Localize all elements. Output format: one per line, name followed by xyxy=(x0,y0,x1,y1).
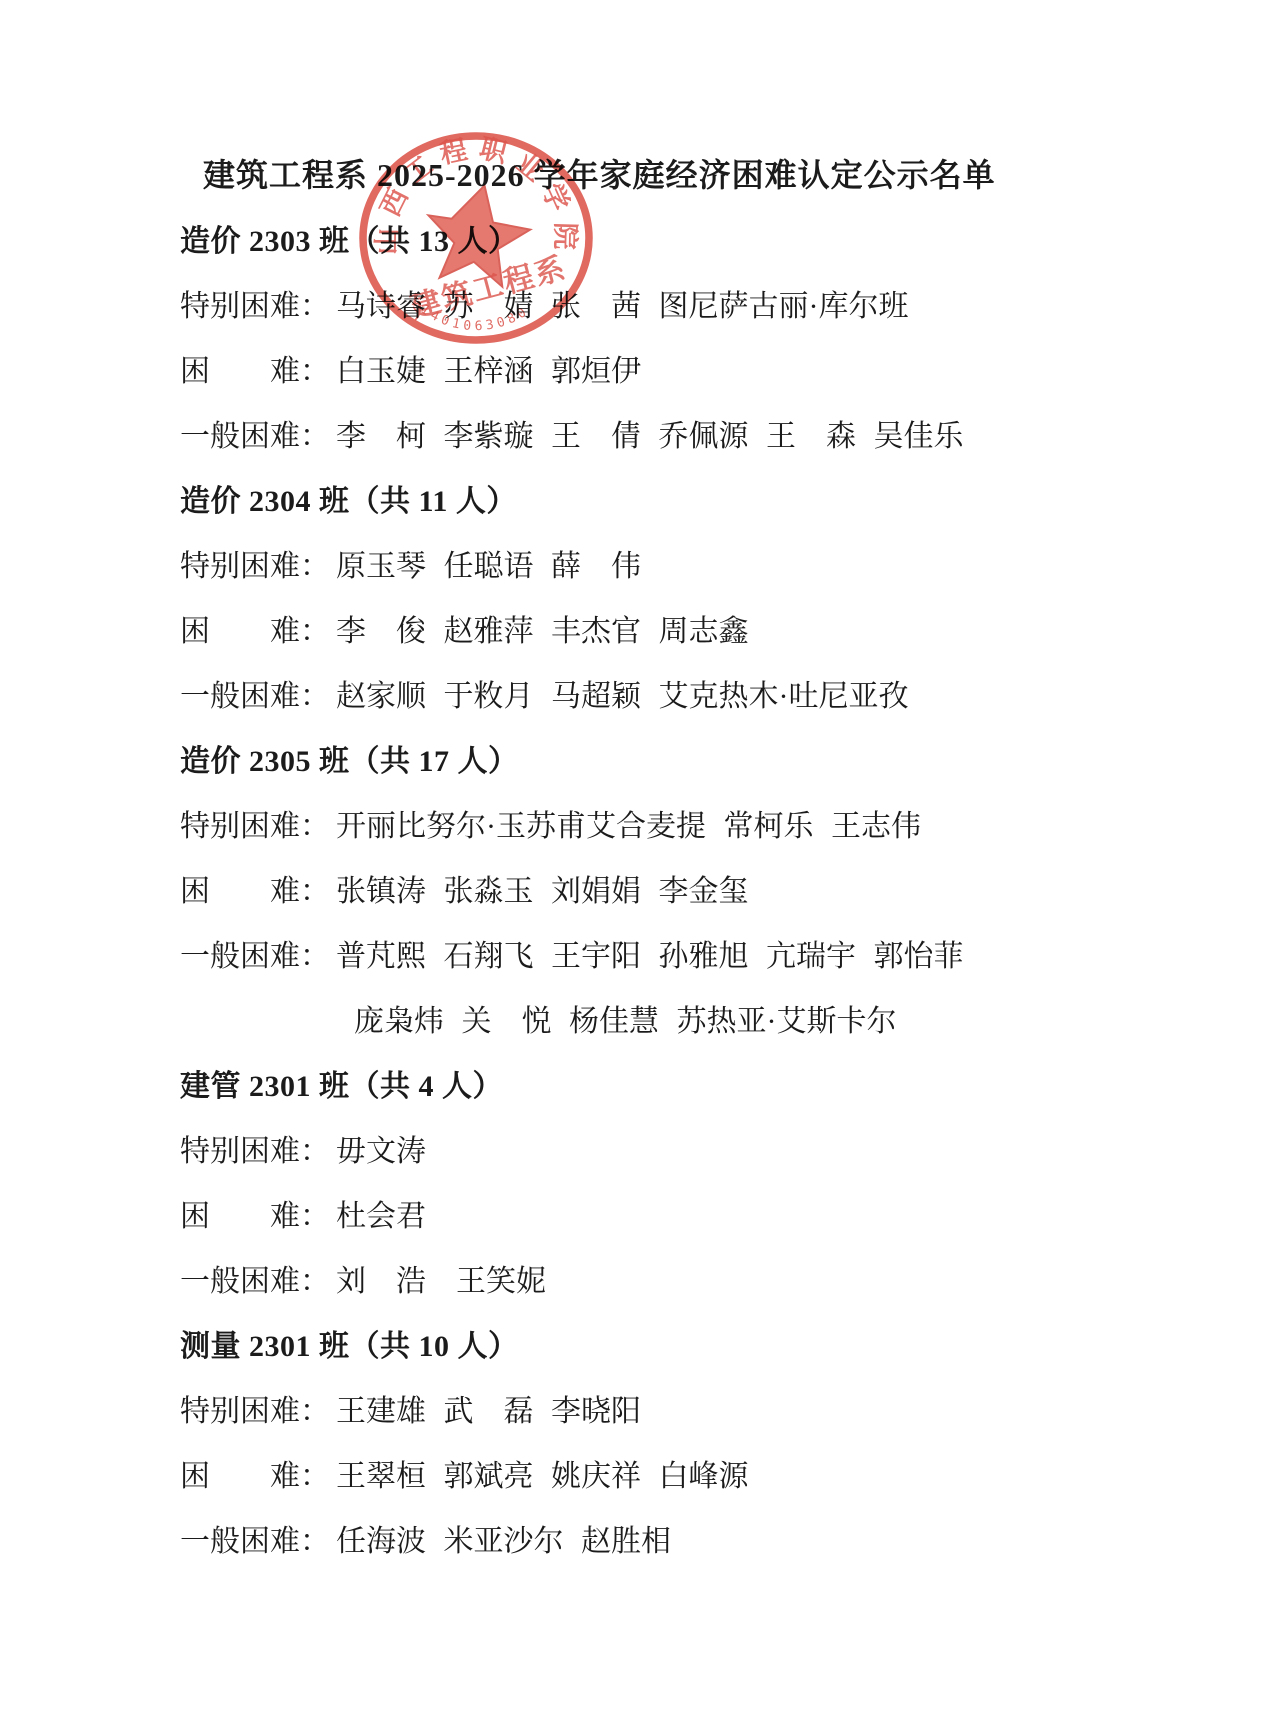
student-names: 毋文涛 xyxy=(336,1126,426,1170)
document-page: 建筑工程系 2025-2026 学年家庭经济困难认定公示名单 造价 2303 班… xyxy=(0,0,1264,1732)
list-row: 特别困难： 马诗睿 苏 婧 张 茜 图尼萨古丽·库尔班 xyxy=(0,270,1264,335)
student-names: 开丽比努尔·玉苏甫艾合麦提 常柯乐 王志伟 xyxy=(336,801,921,845)
student-names: 张镇涛 张淼玉 刘娟娟 李金玺 xyxy=(336,866,749,910)
list-row: 一般困难： 赵家顺 于敉月 马超颖 艾克热木·吐尼亚孜 xyxy=(0,660,1264,725)
row-label: 一般困难： xyxy=(180,931,330,975)
class-header: 造价 2305 班（共 17 人） xyxy=(0,725,1264,790)
list-row: 一般困难： 任海波 米亚沙尔 赵胜相 xyxy=(0,1505,1264,1570)
student-names: 李 俊 赵雅萍 丰杰官 周志鑫 xyxy=(336,606,749,650)
student-names: 普芃熙 石翔飞 王宇阳 孙雅旭 亢瑞宇 郭怡菲 xyxy=(336,931,964,975)
row-label: 困 难： xyxy=(180,606,330,650)
row-label: 困 难： xyxy=(180,866,330,910)
list-row: 特别困难： 王建雄 武 磊 李晓阳 xyxy=(0,1375,1264,1440)
list-row: 一般困难： 刘 浩 王笑妮 xyxy=(0,1245,1264,1310)
list-row: 特别困难： 开丽比努尔·玉苏甫艾合麦提 常柯乐 王志伟 xyxy=(0,790,1264,855)
list-row: 困 难： 杜会君 xyxy=(0,1180,1264,1245)
class-header: 造价 2304 班（共 11 人） xyxy=(0,465,1264,530)
student-names: 杜会君 xyxy=(336,1191,426,1235)
row-label: 一般困难： xyxy=(180,671,330,715)
row-label: 一般困难： xyxy=(180,1516,330,1560)
list-row: 一般困难： 普芃熙 石翔飞 王宇阳 孙雅旭 亢瑞宇 郭怡菲 xyxy=(0,920,1264,985)
row-label: 一般困难： xyxy=(180,411,330,455)
student-names: 王翠桓 郭斌亮 姚庆祥 白峰源 xyxy=(336,1451,749,1495)
student-names: 马诗睿 苏 婧 张 茜 图尼萨古丽·库尔班 xyxy=(336,281,909,325)
document-body: 建筑工程系 2025-2026 学年家庭经济困难认定公示名单 造价 2303 班… xyxy=(0,140,1264,1570)
student-names: 刘 浩 王笑妮 xyxy=(336,1256,546,1300)
list-row: 困 难： 张镇涛 张淼玉 刘娟娟 李金玺 xyxy=(0,855,1264,920)
row-label: 特别困难： xyxy=(180,1386,330,1430)
row-label: 一般困难： xyxy=(180,1256,330,1300)
student-names: 任海波 米亚沙尔 赵胜相 xyxy=(336,1516,671,1560)
list-row: 特别困难： 毋文涛 xyxy=(0,1115,1264,1180)
list-row: 困 难： 白玉婕 王梓涵 郭烜伊 xyxy=(0,335,1264,400)
student-names: 原玉琴 任聪语 薛 伟 xyxy=(336,541,641,585)
student-names: 李 柯 李紫璇 王 倩 乔佩源 王 森 吴佳乐 xyxy=(336,411,964,455)
row-label: 困 难： xyxy=(180,1451,330,1495)
row-label: 特别困难： xyxy=(180,281,330,325)
page-title: 建筑工程系 2025-2026 学年家庭经济困难认定公示名单 xyxy=(0,140,1264,205)
list-row-continuation: 庞枭炜 关 悦 杨佳慧 苏热亚·艾斯卡尔 xyxy=(0,985,1264,1050)
class-header: 建管 2301 班（共 4 人） xyxy=(0,1050,1264,1115)
student-names: 赵家顺 于敉月 马超颖 艾克热木·吐尼亚孜 xyxy=(336,671,909,715)
row-label: 特别困难： xyxy=(180,1126,330,1170)
student-names: 王建雄 武 磊 李晓阳 xyxy=(336,1386,641,1430)
class-header: 测量 2301 班（共 10 人） xyxy=(0,1310,1264,1375)
list-row: 特别困难： 原玉琴 任聪语 薛 伟 xyxy=(0,530,1264,595)
row-label: 特别困难： xyxy=(180,801,330,845)
row-label: 困 难： xyxy=(180,1191,330,1235)
student-names: 白玉婕 王梓涵 郭烜伊 xyxy=(336,346,641,390)
student-names: 庞枭炜 关 悦 杨佳慧 苏热亚·艾斯卡尔 xyxy=(354,996,897,1040)
list-row: 困 难： 王翠桓 郭斌亮 姚庆祥 白峰源 xyxy=(0,1440,1264,1505)
list-row: 一般困难： 李 柯 李紫璇 王 倩 乔佩源 王 森 吴佳乐 xyxy=(0,400,1264,465)
list-row: 困 难： 李 俊 赵雅萍 丰杰官 周志鑫 xyxy=(0,595,1264,660)
row-label: 困 难： xyxy=(180,346,330,390)
row-label: 特别困难： xyxy=(180,541,330,585)
class-header: 造价 2303 班（共 13 人） xyxy=(0,205,1264,270)
